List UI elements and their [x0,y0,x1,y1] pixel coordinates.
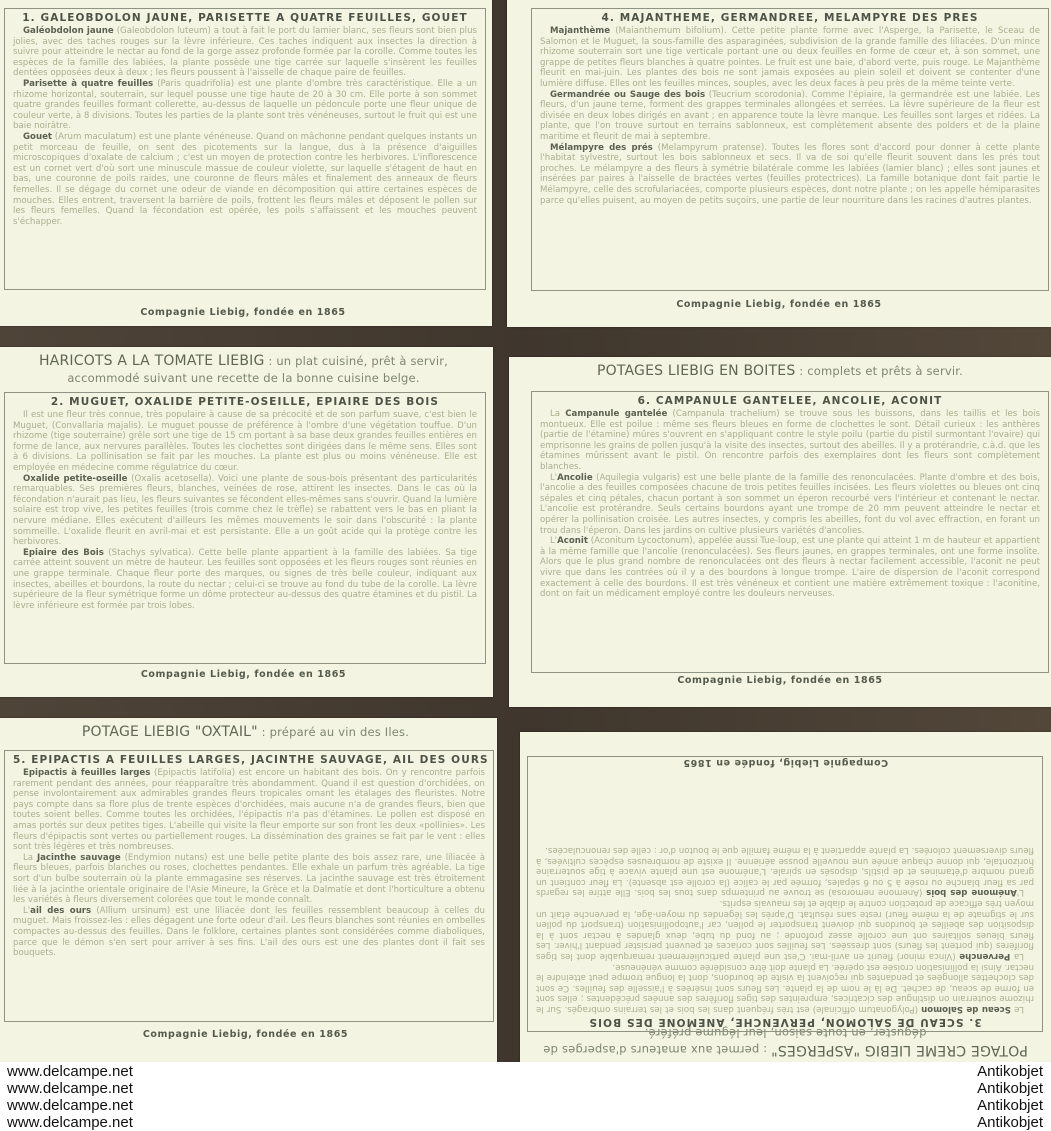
card-6-title: 6. CAMPANULE GANTELEE, ANCOLIE, ACONIT [540,395,1040,407]
card-6-brand: POTAGES LIEBIG EN BOITES [597,363,795,379]
card-5-advert-header: POTAGE LIEBIG "OXTAIL" : préparé au vin … [0,718,497,741]
card-6-text-box: 6. CAMPANULE GANTELEE, ANCOLIE, ACONIT L… [531,391,1049,673]
card-3-paragraph: Le Sceau de Salomon (Polygonatum officin… [536,961,1034,1014]
card-5-paragraph: L'ail des ours (Allium ursinum) est une … [13,906,485,959]
card-2-footer: Compagnie Liebig, fondée en 1865 [0,669,493,680]
card-3-brand: POTAGE CREME LIEBIG "ASPERGES" [771,1042,1028,1058]
card-2-advert-subline: accommodé suivant une recette de la bonn… [67,371,419,385]
card-2-paragraph: Oxalide petite-oseille (Oxalis acetosell… [13,474,477,548]
watermark-delcampe: www.delcampe.net [7,1080,133,1097]
card-6: POTAGES LIEBIG EN BOITES : complets et p… [509,357,1051,707]
card-1-paragraph: Parisette à quatre feuilles (Paris quadr… [13,79,477,132]
card-2-brand: HARICOTS A LA TOMATE LIEBIG [39,353,265,369]
card-5-text-box: 5. EPIPACTIS A FEUILLES LARGES, JACINTHE… [4,750,494,1022]
card-3-upside-down: POTAGE CREME LIEBIG "ASPERGES" : permet … [520,732,1051,1062]
card-6-paragraph: L'Aconit (Aconitum Lycoctonum), appelée … [540,536,1040,600]
card-3-footer: Compagnie Liebig, fondée en 1865 [520,757,1051,768]
card-3-rotated-content: POTAGE CREME LIEBIG "ASPERGES" : permet … [520,732,1051,1062]
card-4-footer: Compagnie Liebig, fondée en 1865 [507,299,1051,310]
watermark-right-column: Antikobjet Antikobjet Antikobjet Antikob… [977,1063,1043,1131]
card-1-text-box: 1. GALEOBDOLON JAUNE, PARISETTE A QUATRE… [4,8,486,290]
card-2-text-box: 2. MUGUET, OXALIDE PETITE-OSEILLE, EPIAI… [4,392,486,664]
card-3-paragraph: La Pervenche (Vinca minor) fleurit en av… [536,897,1034,961]
card-2-paragraph: Epiaire des Bois (Stachys sylvatica). Ce… [13,548,477,612]
card-1-footer: Compagnie Liebig, fondée en 1865 [0,307,492,318]
card-3-text-box: 3. SCEAU DE SALOMON, PERVENCHE, ANEMONE … [527,756,1043,1032]
card-4-text-box: 4. MAJANTHEME, GERMANDREE, MELAMPYRE DES… [531,8,1049,291]
card-3-title: 3. SCEAU DE SALOMON, PERVENCHE, ANEMONE … [536,1016,1034,1028]
card-1-paragraph: Gouet (Arum maculatum) est une plante vé… [13,132,477,227]
watermark-delcampe: www.delcampe.net [7,1114,133,1131]
card-6-paragraph: La Campanule gantelée (Campanula trachel… [540,409,1040,473]
card-5-title: 5. EPIPACTIS A FEUILLES LARGES, JACINTHE… [13,754,485,766]
card-1-title: 1. GALEOBDOLON JAUNE, PARISETTE A QUATRE… [13,12,477,24]
card-1: 1. GALEOBDOLON JAUNE, PARISETTE A QUATRE… [0,0,492,326]
watermark-footer: www.delcampe.net www.delcampe.net www.de… [0,1062,1051,1131]
card-5-paragraph: La Jacinthe sauvage (Endymion nutans) es… [13,853,485,906]
scanned-cards-image: 1. GALEOBDOLON JAUNE, PARISETTE A QUATRE… [0,0,1051,1062]
card-5-paragraph: Epipactis à feuilles larges (Epipactis l… [13,768,485,853]
card-4-paragraph: Mélampyre des prés (Melampyrum pratense)… [540,143,1040,207]
watermark-delcampe: www.delcampe.net [7,1097,133,1114]
card-5-footer: Compagnie Liebig, fondée en 1865 [0,1029,497,1040]
watermark-left-column: www.delcampe.net www.delcampe.net www.de… [7,1063,133,1131]
watermark-antikobjet: Antikobjet [977,1080,1043,1097]
card-1-paragraph: Galéobdolon jaune (Galeobdolon luteum) a… [13,26,477,79]
card-4-paragraph: Majanthème (Maianthemum bifolium). Cette… [540,26,1040,90]
card-5: POTAGE LIEBIG "OXTAIL" : préparé au vin … [0,718,497,1062]
card-2: HARICOTS A LA TOMATE LIEBIG : un plat cu… [0,347,493,697]
card-4: 4. MAJANTHEME, GERMANDREE, MELAMPYRE DES… [507,0,1051,327]
card-4-paragraph: Germandrée ou Sauge des bois (Teucrium s… [540,90,1040,143]
card-6-paragraph: L'Ancolie (Aquilegia vulgaris) est une b… [540,473,1040,537]
card-6-advert-header: POTAGES LIEBIG EN BOITES : complets et p… [509,357,1051,380]
card-3-paragraph: L'Anémone des bois (Anemone nemorosa) se… [536,845,1034,898]
card-5-brand: POTAGE LIEBIG "OXTAIL" [82,724,258,740]
card-2-paragraph: Il est une fleur très connue, très popul… [13,410,477,474]
card-2-title: 2. MUGUET, OXALIDE PETITE-OSEILLE, EPIAI… [13,396,477,408]
card-6-footer: Compagnie Liebig, fondée en 1865 [509,675,1051,686]
watermark-antikobjet: Antikobjet [977,1097,1043,1114]
watermark-antikobjet: Antikobjet [977,1063,1043,1080]
card-4-title: 4. MAJANTHEME, GERMANDREE, MELAMPYRE DES… [540,12,1040,24]
card-2-advert-header: HARICOTS A LA TOMATE LIEBIG : un plat cu… [0,347,493,387]
watermark-antikobjet: Antikobjet [977,1114,1043,1131]
watermark-delcampe: www.delcampe.net [7,1063,133,1080]
